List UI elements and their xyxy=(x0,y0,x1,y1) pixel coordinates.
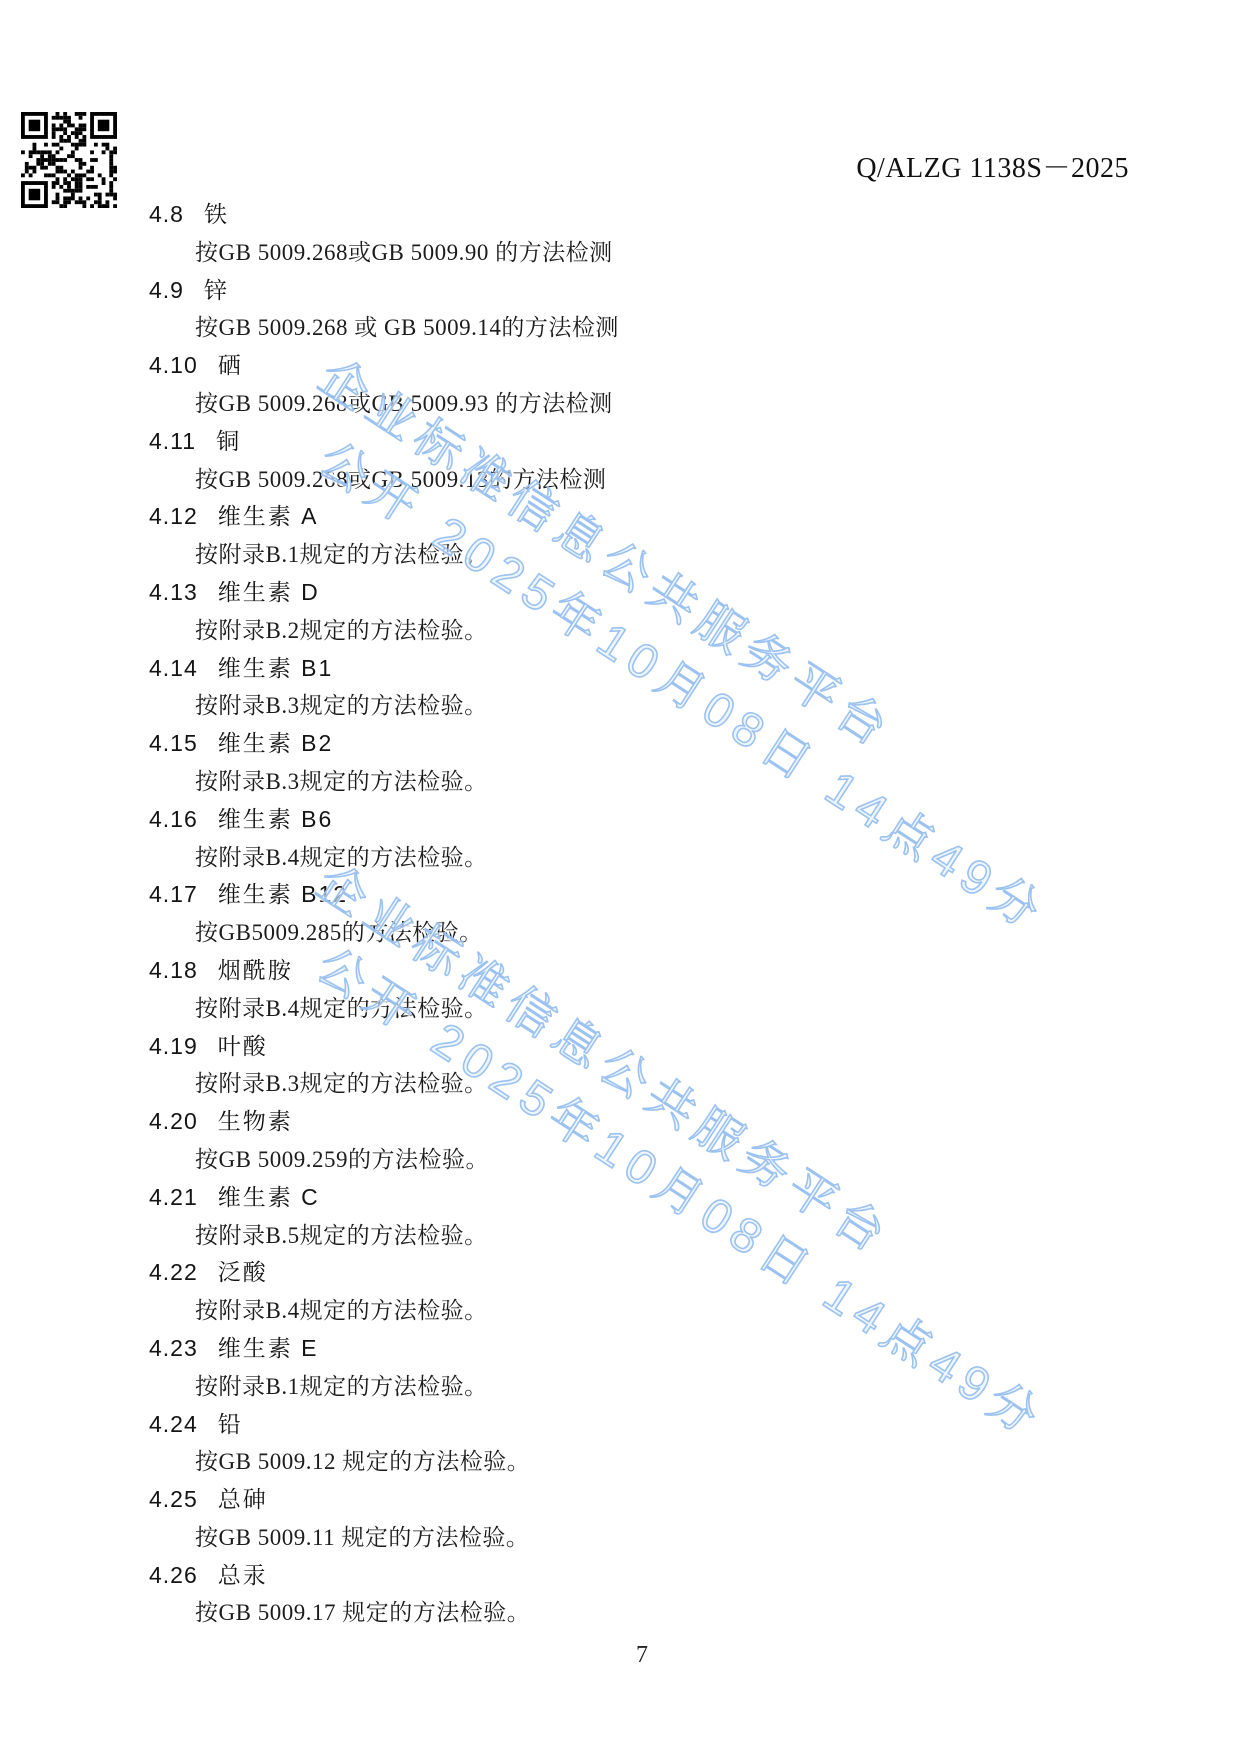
clause-title: 烟酰胺 xyxy=(218,957,293,983)
clause: 4.17维生素 B12 按GB5009.285的方法检验。 xyxy=(149,876,1109,952)
clause-title: 生物素 xyxy=(218,1108,293,1134)
clause: 4.23维生素 E 按附录B.1规定的方法检验。 xyxy=(149,1330,1109,1406)
clause-number: 4.19 xyxy=(149,1028,198,1066)
clause-number: 4.17 xyxy=(149,876,198,914)
clause-body-text: 按附录B.3规定的方法检验。 xyxy=(149,687,1109,725)
clause-heading: 4.21维生素 C xyxy=(149,1179,1109,1217)
clause-number: 4.13 xyxy=(149,574,198,612)
clause-number: 4.21 xyxy=(149,1179,198,1217)
clause-heading: 4.25总砷 xyxy=(149,1481,1109,1519)
clause-heading: 4.23维生素 E xyxy=(149,1330,1109,1368)
clause-number: 4.15 xyxy=(149,725,198,763)
clause-body-text: 按GB 5009.17 规定的方法检验。 xyxy=(149,1594,1109,1632)
clause-body-text: 按附录B.4规定的方法检验。 xyxy=(149,990,1109,1028)
clause-heading: 4.10硒 xyxy=(149,347,1109,385)
clause-title: 维生素 B12 xyxy=(218,881,348,907)
clause-heading: 4.24铅 xyxy=(149,1406,1109,1444)
clause-body-text: 按附录B.5规定的方法检验。 xyxy=(149,1217,1109,1255)
clause-body-text: 按附录B.2规定的方法检验。 xyxy=(149,612,1109,650)
page-number: 7 xyxy=(622,1642,662,1669)
clause-heading: 4.9锌 xyxy=(149,272,1109,310)
clause-heading: 4.26总汞 xyxy=(149,1557,1109,1595)
clause-number: 4.10 xyxy=(149,347,198,385)
clause: 4.10硒 按GB 5009.268或GB 5009.93 的方法检测 xyxy=(149,347,1109,423)
clause-body-text: 按附录B.1规定的方法检验。 xyxy=(149,536,1109,574)
clause-title: 总汞 xyxy=(218,1562,268,1588)
clause-title: 维生素 B6 xyxy=(218,806,334,832)
clause-number: 4.24 xyxy=(149,1406,198,1444)
clause-heading: 4.22泛酸 xyxy=(149,1254,1109,1292)
clause: 4.25总砷 按GB 5009.11 规定的方法检验。 xyxy=(149,1481,1109,1557)
clause-title: 锌 xyxy=(204,277,229,303)
clause-heading: 4.19叶酸 xyxy=(149,1028,1109,1066)
clause-list: 4.8铁 按GB 5009.268或GB 5009.90 的方法检测 4.9锌 … xyxy=(149,196,1109,1632)
clause-body-text: 按GB 5009.268或GB 5009.13的方法检测 xyxy=(149,461,1109,499)
clause: 4.13维生素 D 按附录B.2规定的方法检验。 xyxy=(149,574,1109,650)
clause: 4.11铜 按GB 5009.268或GB 5009.13的方法检测 xyxy=(149,423,1109,499)
clause-body-text: 按附录B.1规定的方法检验。 xyxy=(149,1368,1109,1406)
clause: 4.20生物素 按GB 5009.259的方法检验。 xyxy=(149,1103,1109,1179)
clause-heading: 4.11铜 xyxy=(149,423,1109,461)
clause-heading: 4.17维生素 B12 xyxy=(149,876,1109,914)
clause-body-text: 按附录B.4规定的方法检验。 xyxy=(149,1292,1109,1330)
clause-title: 铅 xyxy=(218,1411,243,1437)
clause-body-text: 按附录B.4规定的方法检验。 xyxy=(149,839,1109,877)
clause-number: 4.14 xyxy=(149,650,198,688)
clause-heading: 4.14维生素 B1 xyxy=(149,650,1109,688)
clause-title: 维生素 E xyxy=(218,1335,319,1361)
clause-title: 铜 xyxy=(216,428,241,454)
clause: 4.22泛酸 按附录B.4规定的方法检验。 xyxy=(149,1254,1109,1330)
clause-number: 4.18 xyxy=(149,952,198,990)
clause-title: 维生素 C xyxy=(218,1184,320,1210)
clause-title: 泛酸 xyxy=(218,1259,268,1285)
clause-body-text: 按附录B.3规定的方法检验。 xyxy=(149,763,1109,801)
clause: 4.26总汞 按GB 5009.17 规定的方法检验。 xyxy=(149,1557,1109,1633)
clause: 4.12维生素 A 按附录B.1规定的方法检验。 xyxy=(149,498,1109,574)
clause-number: 4.20 xyxy=(149,1103,198,1141)
clause-title: 叶酸 xyxy=(218,1033,268,1059)
clause-heading: 4.15维生素 B2 xyxy=(149,725,1109,763)
clause-body-text: 按附录B.3规定的方法检验。 xyxy=(149,1065,1109,1103)
clause-title: 维生素 A xyxy=(218,503,319,529)
clause-title: 维生素 D xyxy=(218,579,320,605)
clause-body-text: 按GB 5009.268 或 GB 5009.14的方法检测 xyxy=(149,309,1109,347)
clause-heading: 4.12维生素 A xyxy=(149,498,1109,536)
clause-body-text: 按GB 5009.11 规定的方法检验。 xyxy=(149,1519,1109,1557)
clause-body-text: 按GB 5009.259的方法检验。 xyxy=(149,1141,1109,1179)
clause: 4.18烟酰胺 按附录B.4规定的方法检验。 xyxy=(149,952,1109,1028)
clause-number: 4.11 xyxy=(149,423,196,461)
clause-heading: 4.20生物素 xyxy=(149,1103,1109,1141)
clause-title: 硒 xyxy=(218,352,243,378)
clause-heading: 4.13维生素 D xyxy=(149,574,1109,612)
clause-number: 4.8 xyxy=(149,196,184,234)
clause: 4.8铁 按GB 5009.268或GB 5009.90 的方法检测 xyxy=(149,196,1109,272)
clause-title: 铁 xyxy=(204,201,229,227)
clause: 4.14维生素 B1 按附录B.3规定的方法检验。 xyxy=(149,650,1109,726)
clause-number: 4.9 xyxy=(149,272,184,310)
clause-heading: 4.18烟酰胺 xyxy=(149,952,1109,990)
clause-body-text: 按GB5009.285的方法检验。 xyxy=(149,914,1109,952)
clause-number: 4.16 xyxy=(149,801,198,839)
clause-title: 维生素 B2 xyxy=(218,730,334,756)
clause-number: 4.12 xyxy=(149,498,198,536)
clause-body-text: 按GB 5009.268或GB 5009.90 的方法检测 xyxy=(149,234,1109,272)
clause-title: 维生素 B1 xyxy=(218,655,334,681)
qr-code xyxy=(21,112,117,208)
clause-title: 总砷 xyxy=(218,1486,268,1512)
clause-number: 4.25 xyxy=(149,1481,198,1519)
clause: 4.21维生素 C 按附录B.5规定的方法检验。 xyxy=(149,1179,1109,1255)
clause: 4.9锌 按GB 5009.268 或 GB 5009.14的方法检测 xyxy=(149,272,1109,348)
clause-body-text: 按GB 5009.268或GB 5009.93 的方法检测 xyxy=(149,385,1109,423)
clause-number: 4.22 xyxy=(149,1254,198,1292)
clause: 4.15维生素 B2 按附录B.3规定的方法检验。 xyxy=(149,725,1109,801)
clause-number: 4.26 xyxy=(149,1557,198,1595)
clause: 4.24铅 按GB 5009.12 规定的方法检验。 xyxy=(149,1406,1109,1482)
doc-number-header: Q/ALZG 1138S－2025 xyxy=(856,146,1129,186)
clause-heading: 4.8铁 xyxy=(149,196,1109,234)
document-page: Q/ALZG 1138S－2025 企业标准信息公共服务平台 公开2025年10… xyxy=(0,0,1240,1753)
clause-heading: 4.16维生素 B6 xyxy=(149,801,1109,839)
clause: 4.16维生素 B6 按附录B.4规定的方法检验。 xyxy=(149,801,1109,877)
clause-body-text: 按GB 5009.12 规定的方法检验。 xyxy=(149,1443,1109,1481)
clause-number: 4.23 xyxy=(149,1330,198,1368)
clause: 4.19叶酸 按附录B.3规定的方法检验。 xyxy=(149,1028,1109,1104)
